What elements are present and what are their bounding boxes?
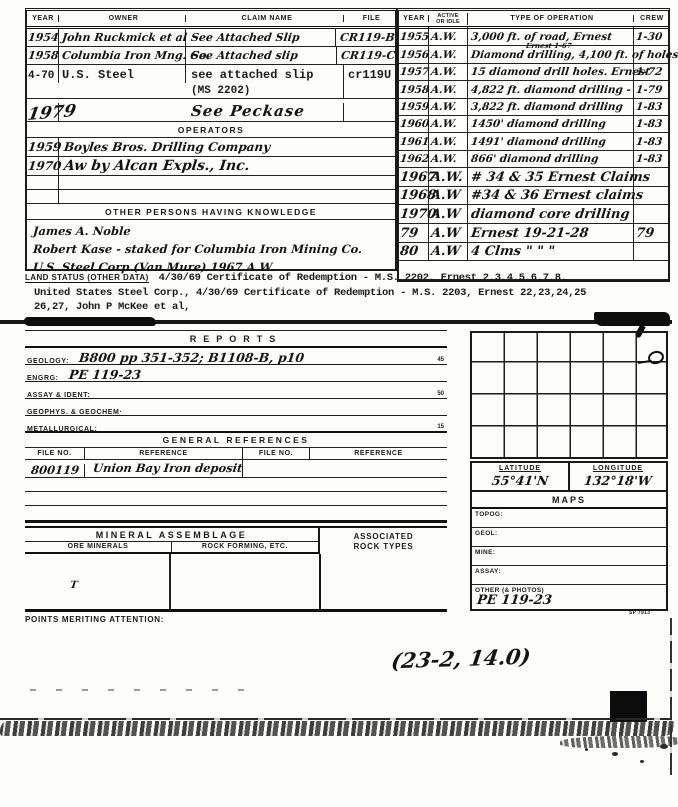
plat-grid — [470, 331, 668, 459]
operation-active-flag: A.W. — [430, 31, 457, 43]
reference-file-no: 119 — [54, 464, 80, 477]
report-label: GEOLOGY: — [27, 358, 69, 365]
column-divider — [169, 554, 171, 611]
table-row: 1957 A.W. 15 diamond drill holes. Ernest… — [399, 64, 668, 81]
table-row: 1967 A.W. # 34 & 35 Ernest Claims — [399, 168, 668, 187]
scan-speck — [660, 744, 668, 749]
operator-year: 1970 — [27, 159, 62, 173]
claim-name: See Attached Slip — [190, 31, 300, 44]
claim-file: CR119-C — [340, 49, 396, 62]
report-row: ENGRG: PE 119-23 — [25, 365, 447, 382]
map-row: GEOL: — [472, 528, 666, 547]
operation-crew: 79 — [635, 227, 655, 241]
claim-file: cr119U — [348, 68, 391, 82]
mineral-assemblage-section: MINERAL ASSEMBLAGE ORE MINERALS ROCK FOR… — [25, 526, 447, 612]
table-row: 1956 A.W. Ernest 1-67 Diamond drilling, … — [399, 46, 668, 63]
operation-year: 1960 — [399, 118, 430, 130]
table-row: 1954 John Ruckmick et al See Attached Sl… — [27, 29, 395, 47]
points-meriting-attention-label: POINTS MERITING ATTENTION: — [25, 615, 164, 624]
scan-artifact — [24, 317, 156, 326]
land-status-line: United States Steel Corp., 4/30/69 Certi… — [25, 286, 675, 301]
table-row-empty — [27, 176, 395, 190]
report-value: PE 119-23 — [68, 367, 142, 382]
operation-active-flag: A.W. — [430, 118, 457, 130]
operation-type: Diamond drilling, 4,100 ft. of holes — [470, 49, 678, 61]
operation-type: #34 & 36 Ernest claims — [470, 189, 644, 203]
scan-artifact — [0, 718, 672, 720]
operation-year: 1962 — [399, 153, 430, 165]
scan-speck — [585, 748, 588, 751]
operation-active-flag: A.W — [430, 227, 461, 241]
list-item: Robert Kase - staked for Columbia Iron M… — [33, 240, 395, 258]
column-header-file-no: FILE NO. — [25, 448, 85, 459]
reports-section: REPORTS GEOLOGY: B800 pp 351-352; B1108-… — [25, 330, 447, 433]
latitude-cell: LATITUDE 55°41'N — [472, 463, 570, 490]
associated-rock-types-label: ASSOCIATED ROCK TYPES — [320, 528, 447, 554]
operation-crew: 1-30 — [635, 31, 663, 43]
operations-table-header: YEAR ACTIVE OR IDLE TYPE OF OPERATION CR… — [399, 11, 668, 29]
operation-active-flag: A.W. — [430, 66, 457, 78]
scan-artifact — [30, 689, 260, 691]
operation-type: 4 Clms " " " — [470, 245, 556, 259]
claims-header-year: YEAR — [27, 15, 59, 22]
maps-title: MAPS — [472, 492, 666, 509]
table-row: 1959 A.W. 3,822 ft. diamond drilling 1-8… — [399, 99, 668, 116]
table-row-empty — [27, 190, 395, 204]
column-divider — [319, 554, 321, 611]
operator-row: 1959 Boyles Bros. Drilling Company — [27, 138, 395, 157]
operations-header-year: YEAR — [399, 15, 429, 22]
operation-year: 80 — [399, 245, 419, 259]
operation-active-flag: A.W — [430, 189, 461, 203]
report-row: METALLURGICAL: 15 — [25, 416, 447, 433]
column-header-reference: REFERENCE — [310, 448, 447, 459]
operation-year: 1955 — [399, 31, 430, 43]
scan-artifact — [594, 312, 670, 326]
operation-crew: 1-79 — [635, 84, 663, 96]
operation-crew: 1-83 — [635, 153, 663, 165]
claim-name: See Attached slip — [190, 49, 298, 62]
report-row: GEOLOGY: B800 pp 351-352; B1108-B, p10 4… — [25, 348, 447, 365]
table-row-empty — [25, 478, 447, 492]
report-label: ASSAY & IDENT: — [27, 392, 90, 399]
operation-year: 79 — [399, 227, 419, 241]
map-row: MINE: — [472, 547, 666, 566]
operation-crew: 1-83 — [635, 101, 663, 113]
operations-table: YEAR ACTIVE OR IDLE TYPE OF OPERATION CR… — [397, 8, 670, 282]
operation-type: 15 diamond drill holes. Ernest — [470, 66, 650, 78]
table-row: 1970 A.W diamond core drilling — [399, 205, 668, 224]
report-side-number: 50 — [437, 391, 444, 397]
claim-survey-number: (MS 2202) — [191, 85, 250, 97]
land-status-line: 26,27, John P McKee et al, — [25, 300, 675, 315]
claim-year: 1954 — [27, 31, 59, 44]
claims-header-claim-name: CLAIM NAME — [186, 15, 344, 22]
reference-text: Union Bay Iron deposit — [92, 462, 243, 475]
report-row: ASSAY & IDENT: 50 — [25, 382, 447, 399]
table-row: 80 A.W 4 Clms " " " — [399, 243, 668, 262]
land-status-line: LAND STATUS (OTHER DATA)4/30/69 Certific… — [25, 271, 675, 286]
scan-noise-band — [0, 721, 674, 736]
operation-active-flag: A.W. — [430, 136, 457, 148]
scan-speck — [612, 752, 618, 756]
operation-year: 1957 — [399, 66, 430, 78]
map-label: GEOL: — [472, 528, 666, 537]
operation-type: # 34 & 35 Ernest Claims — [470, 171, 651, 185]
handwritten-circle-icon — [647, 349, 666, 365]
claim-owner: Columbia Iron Mng. Co. — [61, 49, 211, 62]
operation-type: 1491' diamond drilling — [470, 136, 606, 148]
longitude-value: 132°18'W — [583, 474, 652, 488]
rock-forming-label: ROCK FORMING, ETC. — [172, 542, 318, 552]
list-item: James A. Noble — [33, 222, 395, 240]
operation-type: 4,822 ft. diamond drilling - — [470, 84, 631, 96]
table-row-empty — [25, 492, 447, 506]
mineral-assemblage-title: MINERAL ASSEMBLAGE — [25, 528, 318, 542]
operation-active-flag: A.W. — [430, 49, 457, 61]
map-value: PE 119-23 — [476, 593, 553, 608]
report-label: ENGRG: — [27, 375, 59, 382]
report-row: GEOPHYS. & GEOCHEM· — [25, 399, 447, 416]
handwritten-coordinates-note: (23-2, 14.0) — [390, 644, 533, 674]
table-row: 79 A.W Ernest 19-21-28 79 — [399, 224, 668, 243]
operation-year: 1956 — [399, 49, 430, 61]
operation-crew: 1-72 — [635, 66, 663, 78]
table-row: 1962 A.W. 866' diamond drilling 1-83 — [399, 151, 668, 168]
claim-year: 1958 — [27, 49, 59, 62]
report-side-number: 15 — [437, 424, 444, 430]
other-persons-list: James A. Noble Robert Kase - staked for … — [27, 220, 395, 269]
column-header-file-no: FILE NO. — [243, 448, 310, 459]
table-row: 1979 See Peckase — [27, 99, 395, 122]
claim-name: See Peckase — [190, 105, 305, 118]
operation-active-flag: A.W. — [430, 171, 463, 185]
land-status-label: LAND STATUS (OTHER DATA) — [25, 273, 149, 283]
general-references-title: GENERAL REFERENCES — [25, 433, 447, 448]
claims-header-file: FILE — [344, 15, 395, 22]
map-row: TOPOG: — [472, 509, 666, 528]
operation-crew: 1-83 — [635, 136, 663, 148]
other-persons-header: OTHER PERSONS HAVING KNOWLEDGE — [27, 204, 395, 220]
claim-owner: U.S. Steel — [62, 68, 134, 82]
latitude-value: 55°41'N — [491, 474, 549, 488]
report-side-number: 45 — [437, 357, 444, 363]
reference-file-no: 800 — [30, 464, 56, 477]
report-value: B800 pp 351-352; B1108-B, p10 — [79, 350, 306, 365]
operator-year: 1959 — [27, 140, 62, 154]
table-row: 800 119 Union Bay Iron deposit — [25, 460, 447, 478]
report-label: GEOPHYS. & GEOCHEM· — [27, 409, 122, 416]
operators-header: OPERATORS — [27, 122, 395, 138]
map-label: MINE: — [472, 547, 666, 556]
latitude-label: LATITUDE — [472, 465, 568, 472]
general-references-section: GENERAL REFERENCES FILE NO. REFERENCE FI… — [25, 433, 447, 523]
table-row: 1958 A.W. 4,822 ft. diamond drilling - 1… — [399, 81, 668, 98]
scanned-mining-record-card: YEAR OWNER CLAIM NAME FILE 1954 John Ruc… — [0, 0, 678, 807]
operation-active-flag: A.W. — [430, 153, 457, 165]
mineral-assemblage-body: T — [25, 554, 447, 611]
operation-year: 1958 — [399, 84, 430, 96]
claim-file: CR119-B — [339, 31, 395, 44]
operator-name: Aw by Alcan Expls., Inc. — [63, 159, 250, 173]
land-status-text: 4/30/69 Certificate of Redemption - M.S.… — [159, 272, 567, 284]
scan-speck — [640, 760, 644, 763]
longitude-cell: LONGITUDE 132°18'W — [570, 463, 666, 490]
land-status-section: LAND STATUS (OTHER DATA)4/30/69 Certific… — [25, 271, 675, 315]
operation-year: 1961 — [399, 136, 430, 148]
operation-type: 1450' diamond drilling — [470, 118, 606, 130]
operation-year: 1959 — [399, 101, 430, 113]
column-header-reference: REFERENCE — [85, 448, 243, 459]
claims-header-owner: OWNER — [59, 15, 186, 22]
map-row: OTHER (& PHOTOS) PE 119-23 — [472, 585, 666, 609]
operation-crew: 1-83 — [635, 118, 663, 130]
mineral-assemblage-subheaders: ORE MINERALS ROCK FORMING, ETC. — [25, 542, 318, 554]
claims-table-header: YEAR OWNER CLAIM NAME FILE — [27, 11, 395, 29]
form-number: SP 7913 — [629, 610, 650, 616]
operation-active-flag: A.W. — [430, 84, 457, 96]
operation-active-flag: A.W — [430, 245, 461, 259]
table-row: 1961 A.W. 1491' diamond drilling 1-83 — [399, 133, 668, 150]
operator-name: Boyles Bros. Drilling Company — [63, 140, 271, 154]
claim-owner: John Ruckmick et al — [61, 31, 188, 44]
mineral-assemblage-headers: MINERAL ASSEMBLAGE ORE MINERALS ROCK FOR… — [25, 528, 447, 554]
table-row: 1960 A.W. 1450' diamond drilling 1-83 — [399, 116, 668, 133]
operator-row: 1970 Aw by Alcan Expls., Inc. — [27, 157, 395, 176]
claims-table: YEAR OWNER CLAIM NAME FILE 1954 John Ruc… — [25, 8, 397, 271]
table-row: 1958 Columbia Iron Mng. Co. See Attached… — [27, 47, 395, 65]
table-row: 1968 A.W #34 & 36 Ernest claims — [399, 187, 668, 206]
operation-type: 866' diamond drilling — [470, 153, 599, 165]
coordinates-box: LATITUDE 55°41'N LONGITUDE 132°18'W — [470, 461, 668, 492]
claim-year: 1979 — [27, 105, 77, 122]
table-row-empty — [25, 506, 447, 520]
operation-active-flag: A.W. — [430, 101, 457, 113]
operation-type: Ernest 19-21-28 — [470, 227, 589, 241]
operations-header-active-or-idle: ACTIVE OR IDLE — [429, 13, 468, 25]
map-label: TOPOG: — [472, 509, 666, 518]
operations-table-body: 1955 A.W. 3,000 ft. of road, Ernest 1-30… — [399, 29, 668, 280]
handwritten-mark: T — [69, 580, 78, 591]
map-label: ASSAY: — [472, 566, 666, 575]
operation-active-flag: A.W — [430, 208, 461, 222]
mineral-assemblage-left: MINERAL ASSEMBLAGE ORE MINERALS ROCK FOR… — [25, 528, 320, 554]
table-row: (MS 2202) — [27, 83, 395, 99]
maps-section: MAPS TOPOG: GEOL: MINE: ASSAY: OTHER — [470, 492, 668, 611]
report-label: METALLURGICAL: — [27, 426, 97, 433]
map-row: ASSAY: — [472, 566, 666, 585]
operations-header-crew: CREW — [634, 15, 668, 22]
reports-title: REPORTS — [25, 331, 447, 348]
longitude-label: LONGITUDE — [570, 465, 666, 472]
claim-year: 4-70 — [28, 70, 54, 82]
ore-minerals-label: ORE MINERALS — [25, 542, 172, 552]
scan-artifact — [670, 618, 672, 775]
operations-header-type: TYPE OF OPERATION — [468, 15, 634, 22]
operation-type: 3,822 ft. diamond drilling — [470, 101, 623, 113]
operation-type: diamond core drilling — [470, 208, 630, 222]
